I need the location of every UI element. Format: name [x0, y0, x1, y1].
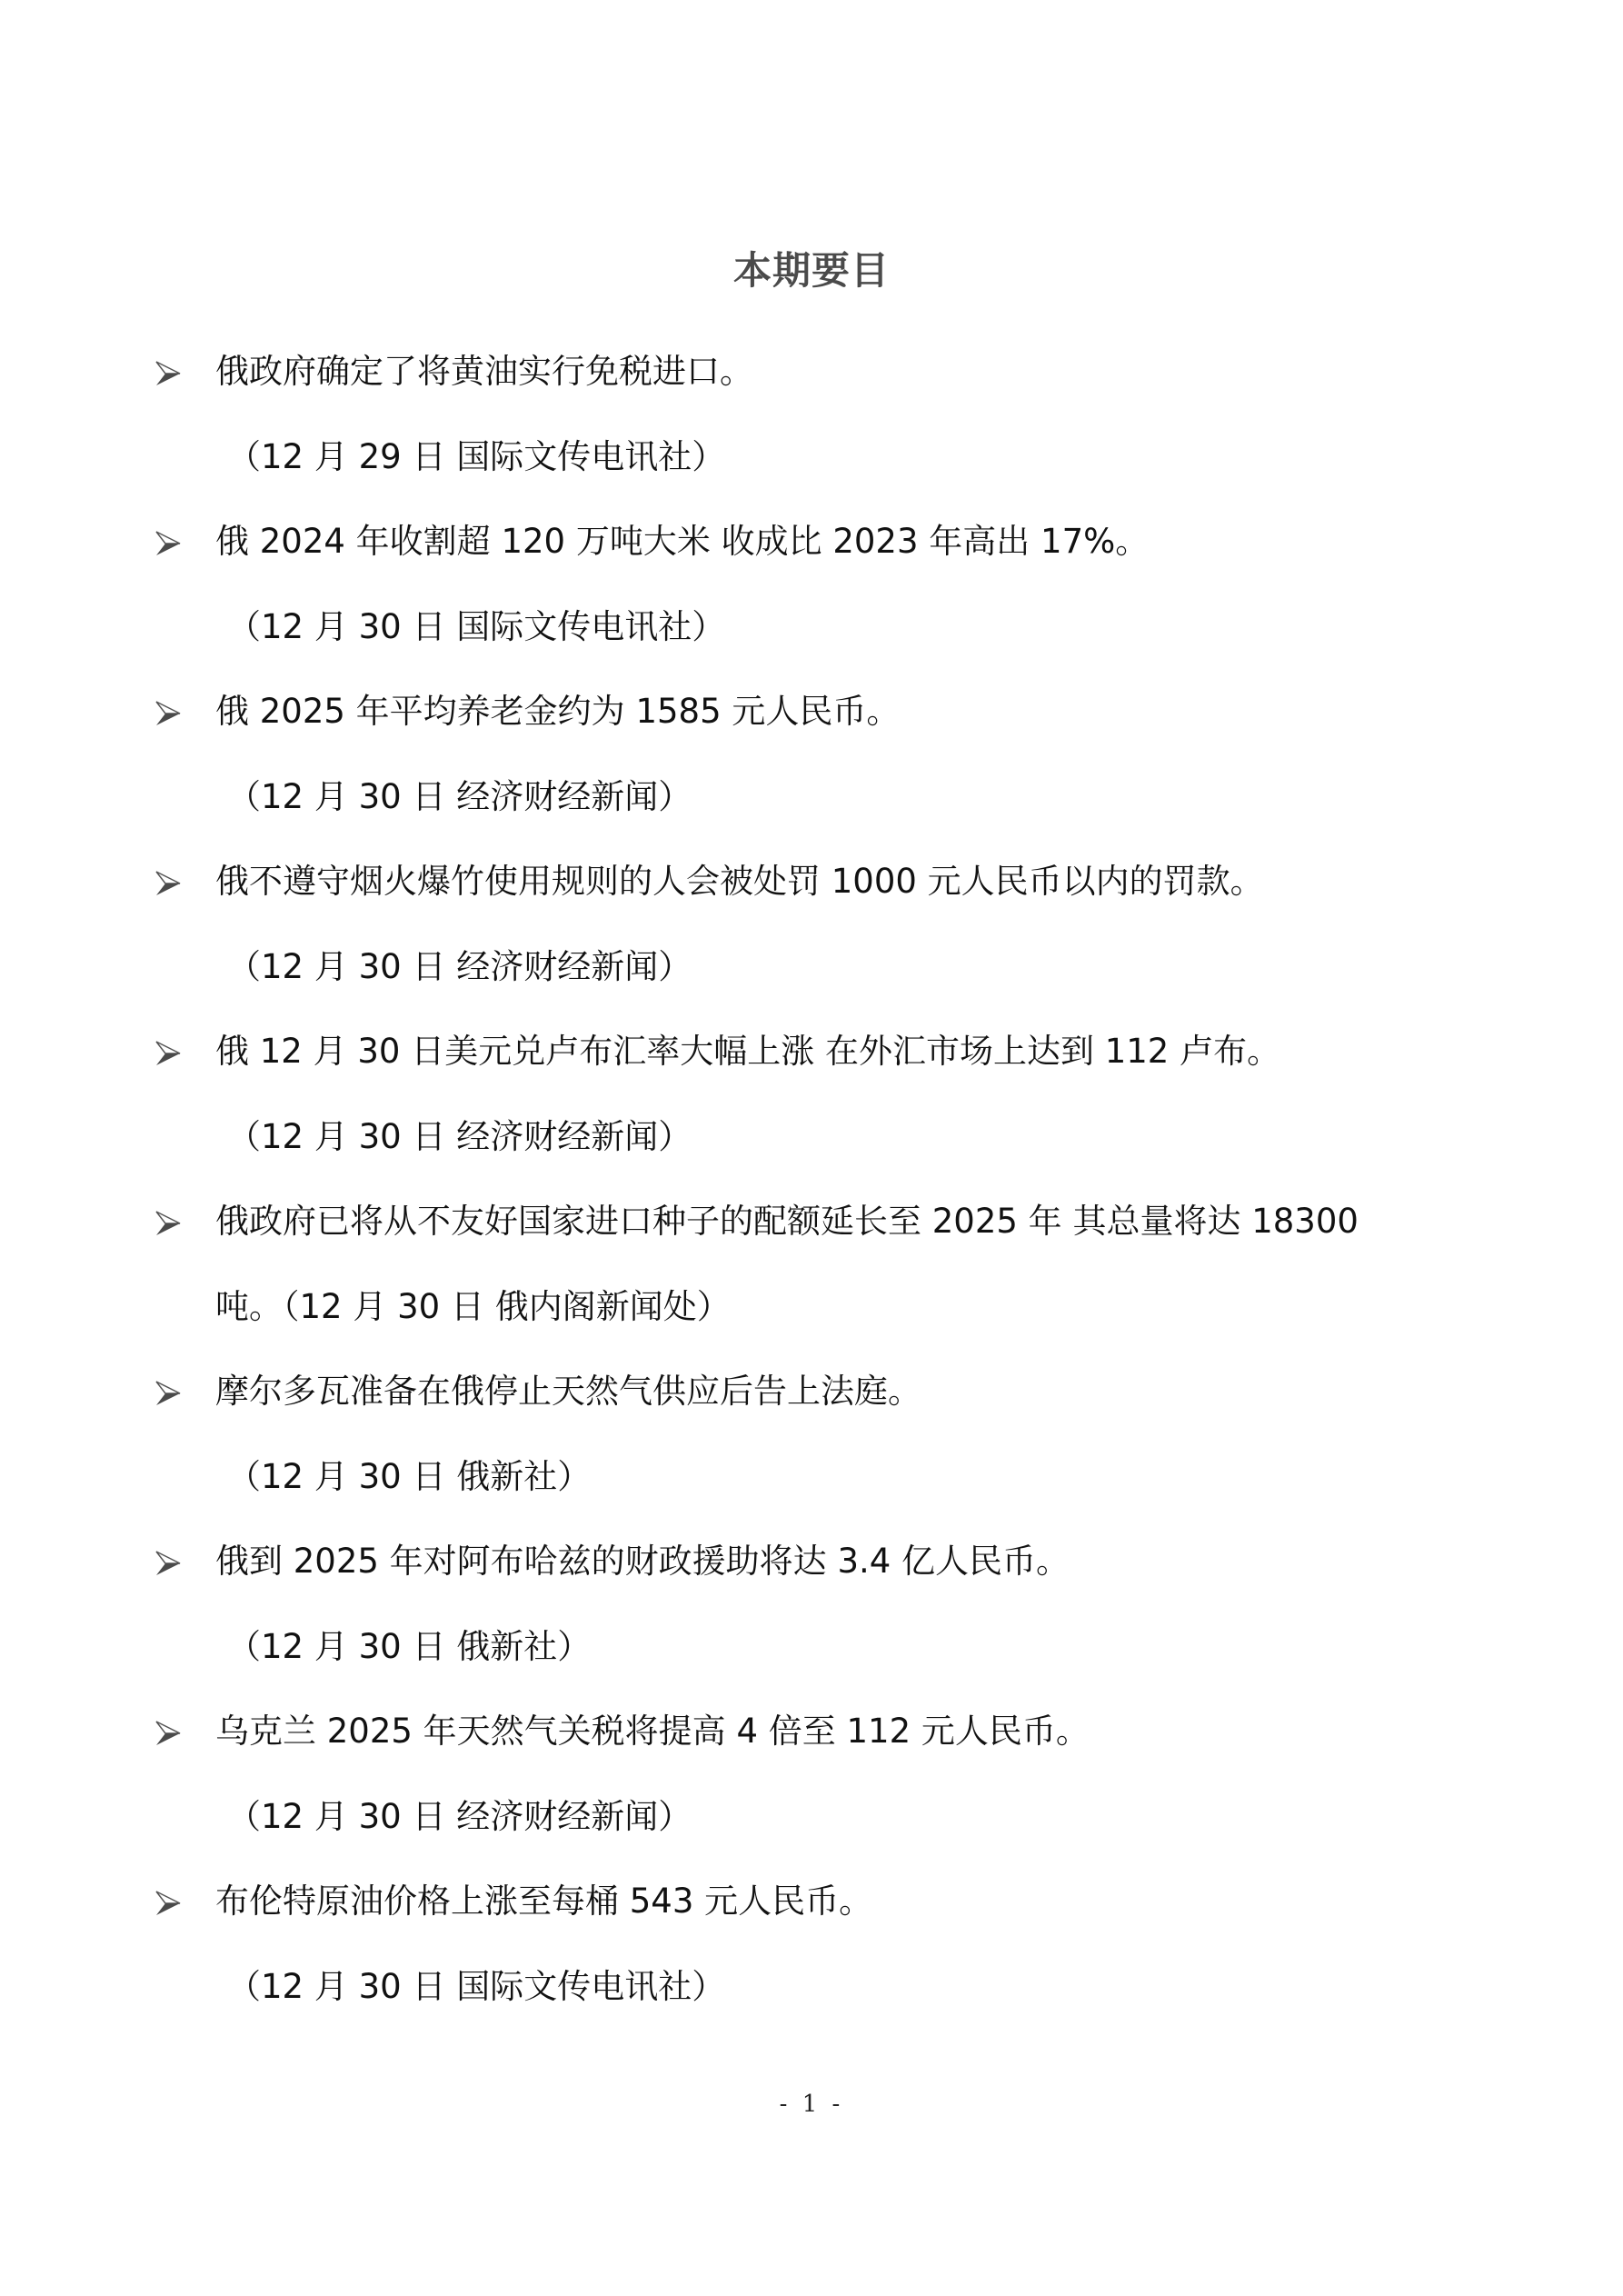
- arrowhead-bullet-icon: [154, 1040, 182, 1067]
- source-line: （12 月 30 日 经济财经新闻）: [0, 935, 1623, 1021]
- arrowhead-bullet-icon: [154, 1210, 182, 1237]
- source-text: （12 月 30 日 国际文传电讯社）: [227, 595, 725, 659]
- headline-text: 乌克兰 2025 年天然气关税将提高 4 倍至 112 元人民币。: [215, 1700, 1090, 1763]
- list-item: 俄政府已将从不友好国家进口种子的配额延长至 2025 年 其总量将达 18300: [0, 1190, 1623, 1275]
- source-text: （12 月 30 日 俄新社）: [227, 1615, 591, 1679]
- source-line: （12 月 30 日 经济财经新闻）: [0, 1105, 1623, 1191]
- source-line: （12 月 30 日 俄新社）: [0, 1445, 1623, 1531]
- source-text: （12 月 30 日 经济财经新闻）: [227, 935, 692, 999]
- headline-text: 俄 12 月 30 日美元兑卢布汇率大幅上涨 在外汇市场上达到 112 卢布。: [215, 1020, 1280, 1083]
- source-line: （12 月 30 日 经济财经新闻）: [0, 765, 1623, 851]
- source-line: （12 月 30 日 经济财经新闻）: [0, 1785, 1623, 1871]
- page-number: - 1 -: [0, 2091, 1623, 2118]
- page-title: 本期要目: [0, 244, 1623, 298]
- list-item: 俄 2024 年收割超 120 万吨大米 收成比 2023 年高出 17%。: [0, 510, 1623, 595]
- source-text: （12 月 30 日 经济财经新闻）: [227, 1785, 692, 1849]
- headline-text: 俄到 2025 年对阿布哈兹的财政援助将达 3.4 亿人民币。: [215, 1530, 1070, 1593]
- source-text: （12 月 30 日 国际文传电讯社）: [227, 1955, 725, 2019]
- continuation-text: 吨。（12 月 30 日 俄内阁新闻处）: [215, 1275, 731, 1339]
- list-item: 俄 12 月 30 日美元兑卢布汇率大幅上涨 在外汇市场上达到 112 卢布。: [0, 1020, 1623, 1105]
- document-page: 本期要目 俄政府确定了将黄油实行免税进口。 （12 月 29 日 国际文传电讯社…: [0, 0, 1623, 2296]
- arrowhead-bullet-icon: [154, 1380, 182, 1407]
- list-item: 俄 2025 年平均养老金约为 1585 元人民币。: [0, 680, 1623, 765]
- source-text: （12 月 30 日 经济财经新闻）: [227, 765, 692, 829]
- source-line: （12 月 30 日 俄新社）: [0, 1615, 1623, 1701]
- source-line: （12 月 30 日 国际文传电讯社）: [0, 1955, 1623, 2041]
- list-item: 俄政府确定了将黄油实行免税进口。: [0, 340, 1623, 425]
- arrowhead-bullet-icon: [154, 360, 182, 387]
- list-item: 俄不遵守烟火爆竹使用规则的人会被处罚 1000 元人民币以内的罚款。: [0, 850, 1623, 935]
- headline-text: 俄政府确定了将黄油实行免税进口。: [215, 340, 753, 404]
- headline-text: 摩尔多瓦准备在俄停止天然气供应后告上法庭。: [215, 1360, 921, 1423]
- arrowhead-bullet-icon: [154, 1890, 182, 1917]
- arrowhead-bullet-icon: [154, 700, 182, 727]
- list-item: 布伦特原油价格上涨至每桶 543 元人民币。: [0, 1870, 1623, 1955]
- headline-text: 俄 2025 年平均养老金约为 1585 元人民币。: [215, 680, 900, 744]
- list-item: 摩尔多瓦准备在俄停止天然气供应后告上法庭。: [0, 1360, 1623, 1445]
- list-item: 乌克兰 2025 年天然气关税将提高 4 倍至 112 元人民币。: [0, 1700, 1623, 1785]
- headline-text: 俄政府已将从不友好国家进口种子的配额延长至 2025 年 其总量将达 18300: [215, 1190, 1359, 1253]
- source-line: （12 月 30 日 国际文传电讯社）: [0, 595, 1623, 681]
- source-line: （12 月 29 日 国际文传电讯社）: [0, 425, 1623, 511]
- arrowhead-bullet-icon: [154, 1550, 182, 1577]
- source-text: （12 月 30 日 俄新社）: [227, 1445, 591, 1509]
- headline-text: 俄不遵守烟火爆竹使用规则的人会被处罚 1000 元人民币以内的罚款。: [215, 850, 1264, 913]
- arrowhead-bullet-icon: [154, 530, 182, 557]
- arrowhead-bullet-icon: [154, 870, 182, 897]
- continuation-line: 吨。（12 月 30 日 俄内阁新闻处）: [0, 1275, 1623, 1361]
- list-item: 俄到 2025 年对阿布哈兹的财政援助将达 3.4 亿人民币。: [0, 1530, 1623, 1615]
- headline-text: 俄 2024 年收割超 120 万吨大米 收成比 2023 年高出 17%。: [215, 510, 1149, 574]
- arrowhead-bullet-icon: [154, 1720, 182, 1747]
- headline-text: 布伦特原油价格上涨至每桶 543 元人民币。: [215, 1870, 872, 1933]
- headline-list: 俄政府确定了将黄油实行免税进口。 （12 月 29 日 国际文传电讯社） 俄 2…: [0, 340, 1623, 2040]
- source-text: （12 月 29 日 国际文传电讯社）: [227, 425, 725, 489]
- source-text: （12 月 30 日 经济财经新闻）: [227, 1105, 692, 1169]
